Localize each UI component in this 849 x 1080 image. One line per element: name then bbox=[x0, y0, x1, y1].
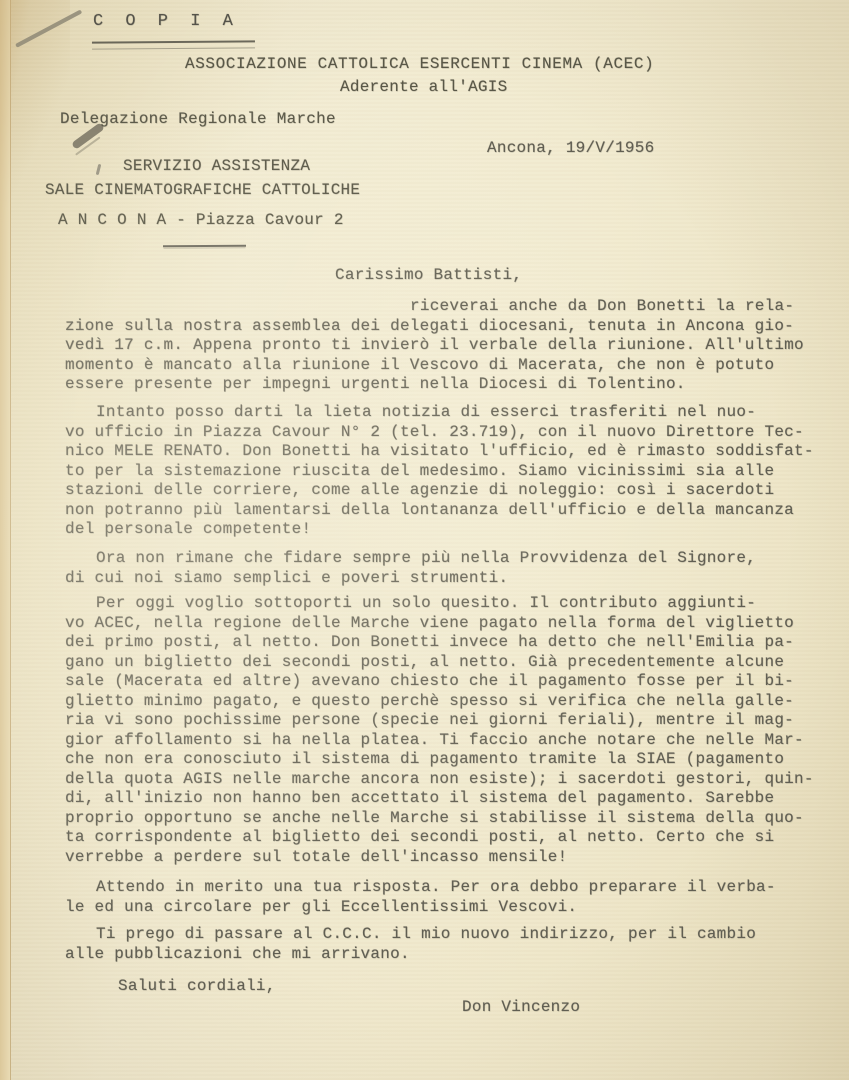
letter-page: C O P I A ASSOCIAZIONE CATTOLICA ESERCEN… bbox=[0, 0, 849, 1080]
paragraph-1: riceverai anche da Don Bonetti la rela- … bbox=[65, 297, 849, 395]
copy-stamp: C O P I A bbox=[93, 12, 239, 32]
signature: Don Vincenzo bbox=[462, 998, 580, 1018]
pencil-tick-icon bbox=[96, 164, 102, 175]
copy-stamp-underline bbox=[92, 40, 255, 49]
closing: Saluti cordiali, bbox=[118, 977, 276, 997]
paragraph-2: Intanto posso darti la lieta notizia di … bbox=[65, 403, 849, 540]
paragraph-6: Ti prego di passare al C.C.C. il mio nuo… bbox=[65, 925, 849, 964]
org-name: ASSOCIAZIONE CATTOLICA ESERCENTI CINEMA … bbox=[185, 55, 654, 75]
salutation: Carissimo Battisti, bbox=[335, 266, 522, 286]
paragraph-5: Attendo in merito una tua risposta. Per … bbox=[65, 878, 849, 917]
dateline: Ancona, 19/V/1956 bbox=[487, 139, 654, 159]
service-line-1: SERVIZIO ASSISTENZA bbox=[123, 157, 310, 177]
paper-left-edge bbox=[0, 0, 11, 1080]
org-affiliation: Aderente all'AGIS bbox=[340, 78, 507, 98]
address-line: A N C O N A - Piazza Cavour 2 bbox=[58, 211, 344, 231]
paragraph-4: Per oggi voglio sottoporti un solo quesi… bbox=[65, 594, 849, 867]
pencil-stroke-icon bbox=[15, 9, 82, 47]
divider-rule bbox=[163, 245, 246, 247]
service-line-2: SALE CINEMATOGRAFICHE CATTOLICHE bbox=[45, 181, 360, 201]
paragraph-3: Ora non rimane che fidare sempre più nel… bbox=[65, 549, 849, 588]
delegation-line: Delegazione Regionale Marche bbox=[60, 110, 336, 130]
